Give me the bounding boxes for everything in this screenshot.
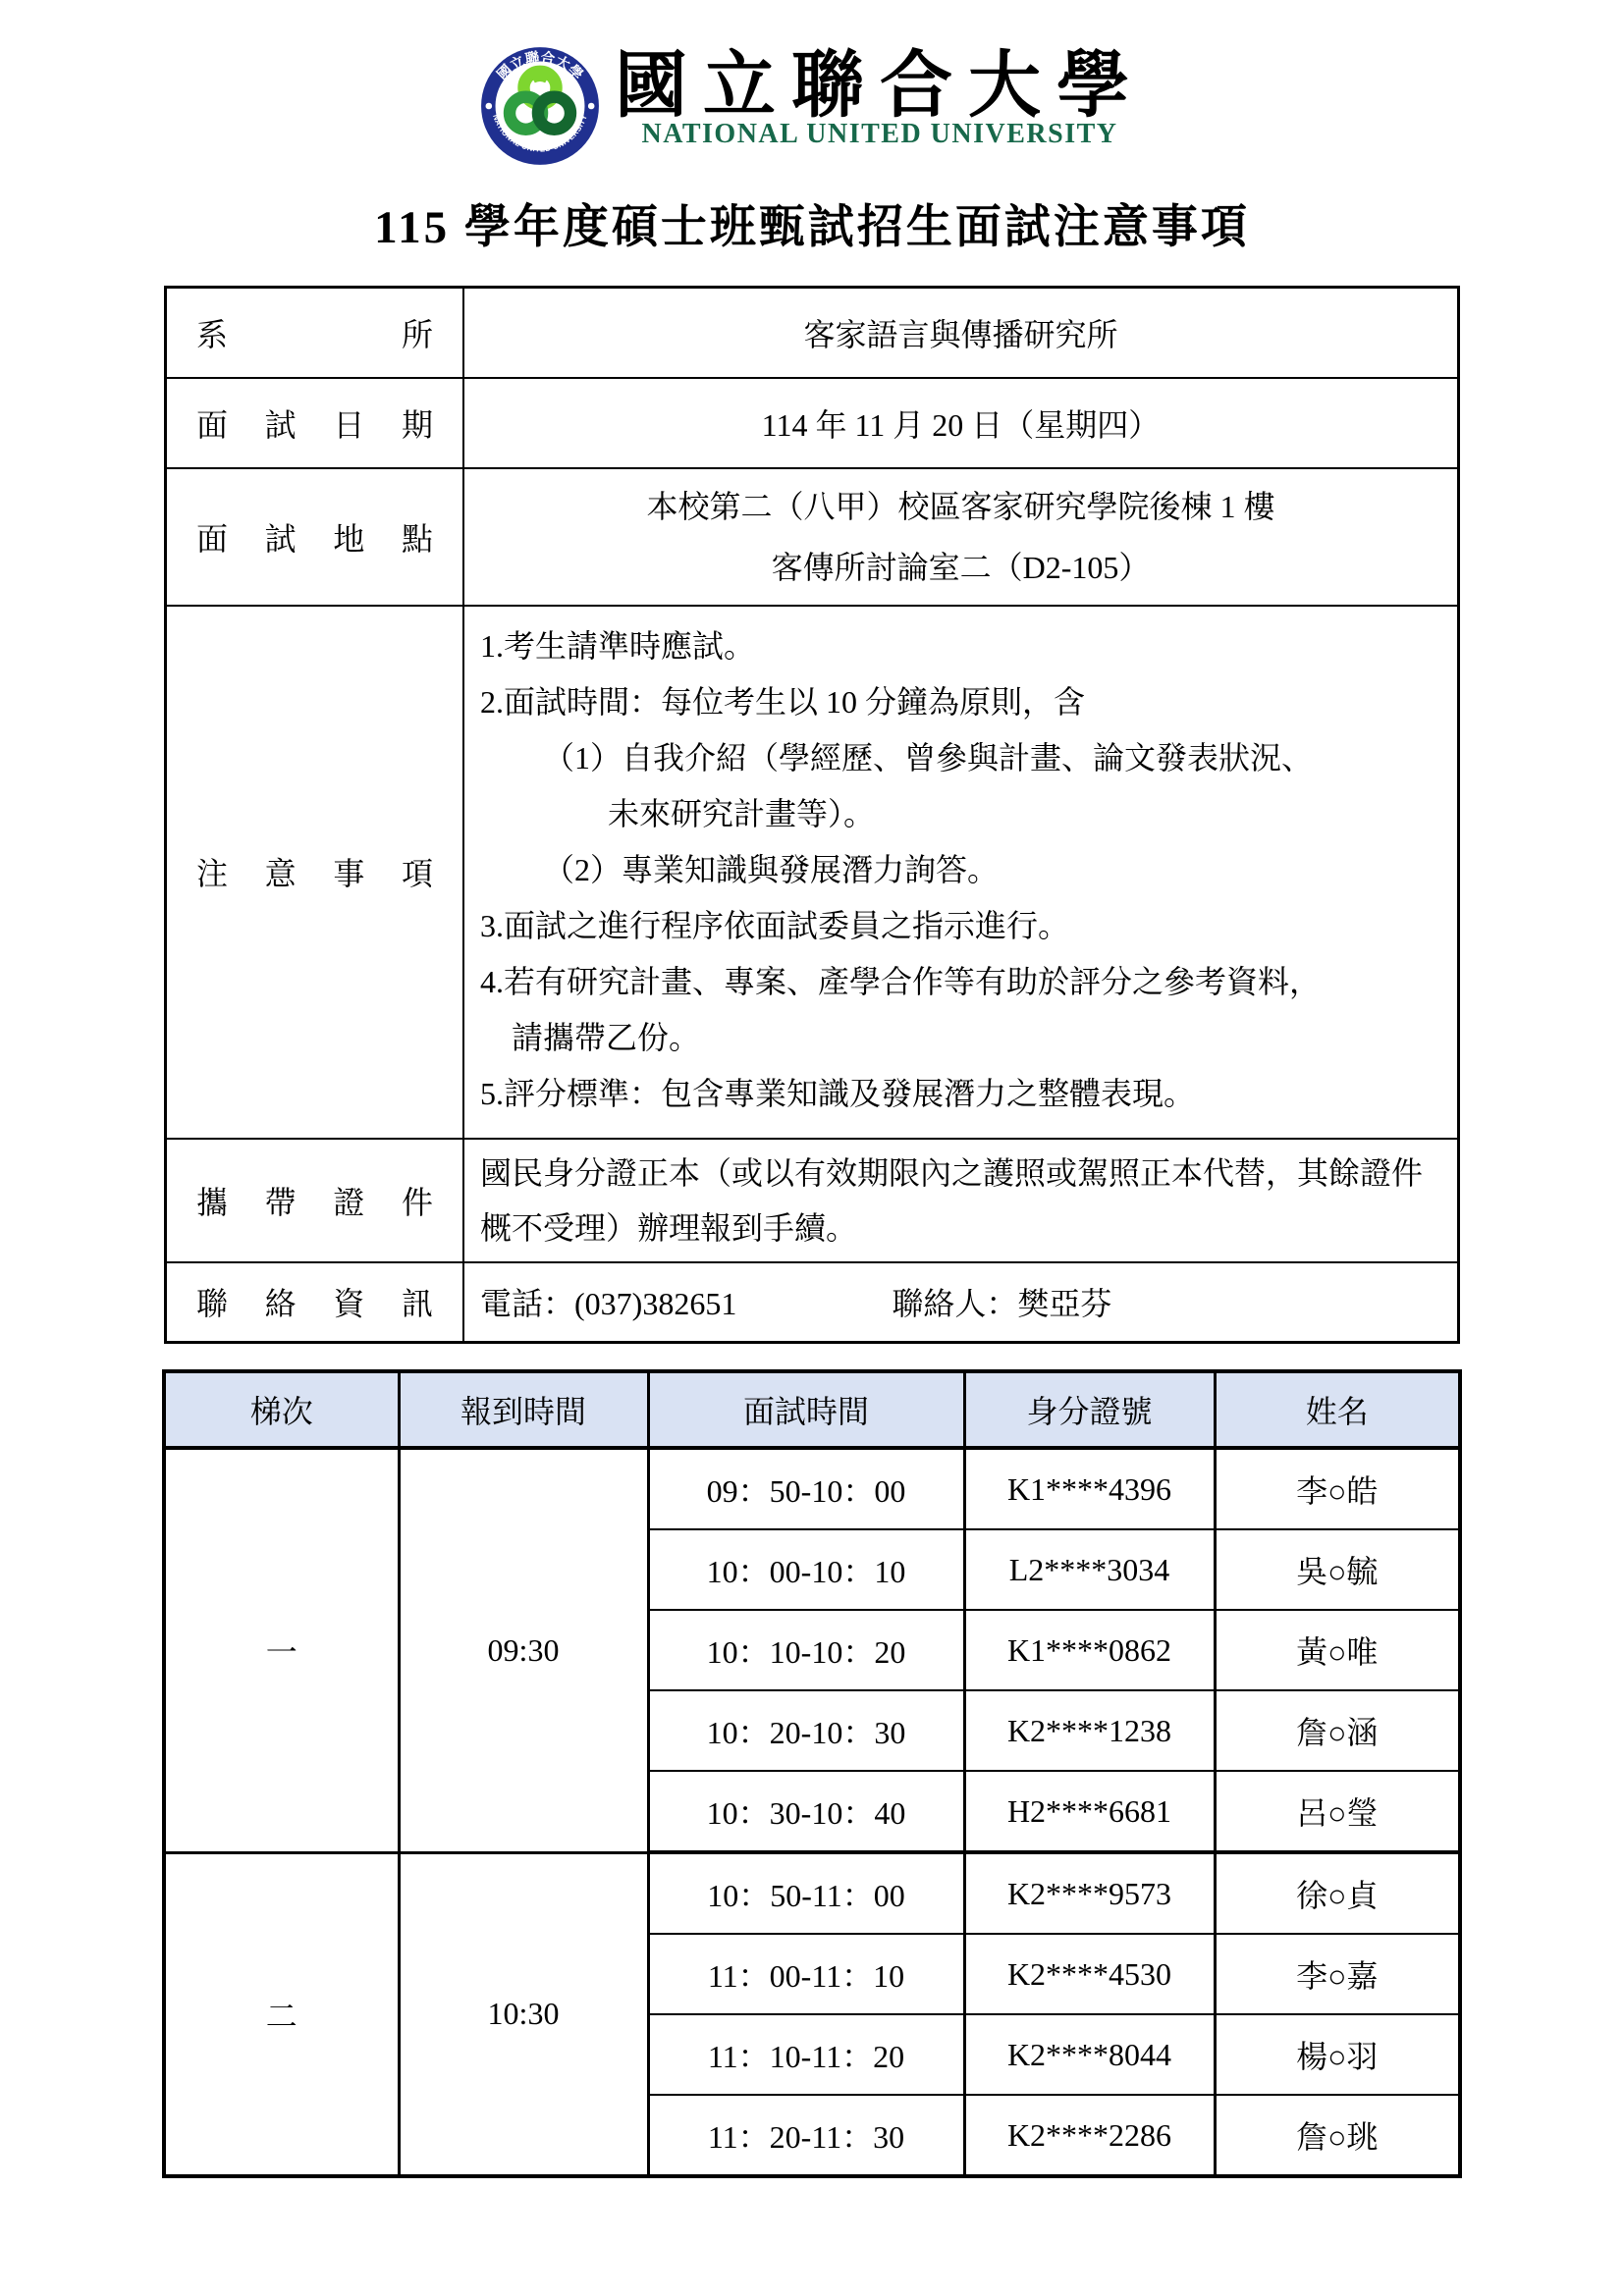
interview-location-value: 本校第二（八甲）校區客家研究學院後棟 1 樓 客傳所討論室二（D2-105） [463, 468, 1459, 606]
id-number-cell: K1****4396 [964, 1448, 1215, 1529]
row-interview-location: 面試地點 本校第二（八甲）校區客家研究學院後棟 1 樓 客傳所討論室二（D2-1… [166, 468, 1459, 606]
department-value: 客家語言與傳播研究所 [463, 288, 1459, 378]
id-number-cell: K2****4530 [964, 1934, 1215, 2014]
note-item: 1.考生請準時應試。 [480, 618, 1447, 674]
interview-time-cell: 09：50-10：00 [648, 1448, 964, 1529]
contact-info-label: 聯絡資訊 [166, 1262, 464, 1343]
header-batch: 梯次 [164, 1371, 399, 1448]
notes-label: 注意事項 [166, 606, 464, 1139]
note-item: 2.面試時間：每位考生以 10 分鐘為原則，含 [480, 674, 1447, 730]
row-notes: 注意事項 1.考生請準時應試。 2.面試時間：每位考生以 10 分鐘為原則，含 … [166, 606, 1459, 1139]
note-item: 4.若有研究計畫、專案、產學合作等有助於評分之參考資料， [480, 954, 1447, 1010]
interview-time-cell: 11：20-11：30 [648, 2095, 964, 2176]
header-id-number: 身分證號 [964, 1371, 1215, 1448]
row-required-documents: 攜帶證件 國民身分證正本（或以有效期限內之護照或駕照正本代替，其餘證件概不受理）… [166, 1139, 1459, 1262]
candidate-name-cell: 吳○毓 [1215, 1529, 1460, 1610]
schedule-table: 梯次 報到時間 面試時間 身分證號 姓名 一 09:30 09：50-10：00… [162, 1369, 1462, 2178]
id-number-cell: K1****0862 [964, 1610, 1215, 1690]
page-title: 115 學年度碩士班甄試招生面試注意事項 [0, 190, 1624, 256]
id-number-cell: K2****8044 [964, 2014, 1215, 2095]
candidate-name-cell: 黃○唯 [1215, 1610, 1460, 1690]
id-number-cell: H2****6681 [964, 1771, 1215, 1852]
candidate-name-cell: 楊○羽 [1215, 2014, 1460, 2095]
required-documents-value: 國民身分證正本（或以有效期限內之護照或駕照正本代替，其餘證件概不受理）辦理報到手… [463, 1139, 1459, 1262]
interview-time-cell: 10：10-10：20 [648, 1610, 964, 1690]
note-item: 5.評分標準：包含專業知識及發展潛力之整體表現。 [480, 1066, 1447, 1122]
candidate-name-cell: 詹○涵 [1215, 1690, 1460, 1771]
candidate-name-cell: 呂○瑩 [1215, 1771, 1460, 1852]
header-name: 姓名 [1215, 1371, 1460, 1448]
university-emblem-icon: 國立聯合大學 NATIONAL UNITED UNIVERSITY [479, 45, 601, 167]
note-item: （1）自我介紹（學經歷、曾參與計畫、論文發表狀況、 [480, 730, 1447, 786]
header-interview-time: 面試時間 [648, 1371, 964, 1448]
id-number-cell: K2****2286 [964, 2095, 1215, 2176]
row-interview-date: 面試日期 114 年 11 月 20 日（星期四） [166, 378, 1459, 468]
interview-time-cell: 10：00-10：10 [648, 1529, 964, 1610]
note-item: 3.面試之進行程序依面試委員之指示進行。 [480, 898, 1447, 954]
schedule-header-row: 梯次 報到時間 面試時間 身分證號 姓名 [164, 1371, 1460, 1448]
checkin-cell: 10:30 [399, 1852, 648, 2176]
notes-content: 1.考生請準時應試。 2.面試時間：每位考生以 10 分鐘為原則，含 （1）自我… [463, 606, 1459, 1139]
row-contact-info: 聯絡資訊 電話：(037)382651 聯絡人：樊亞芬 [166, 1262, 1459, 1343]
required-documents-label: 攜帶證件 [166, 1139, 464, 1262]
interview-time-cell: 10：20-10：30 [648, 1690, 964, 1771]
header-checkin-time: 報到時間 [399, 1371, 648, 1448]
info-table: 系所 客家語言與傳播研究所 面試日期 114 年 11 月 20 日（星期四） … [164, 286, 1460, 1344]
university-logo: 國立聯合大學 NATIONAL UNITED UNIVERSITY 國立聯合大學… [0, 0, 1624, 167]
interview-date-label: 面試日期 [166, 378, 464, 468]
schedule-row: 一 09:30 09：50-10：00 K1****4396 李○皓 [164, 1448, 1460, 1529]
contact-info-value: 電話：(037)382651 聯絡人：樊亞芬 [463, 1262, 1459, 1343]
id-number-cell: K2****1238 [964, 1690, 1215, 1771]
contact-person: 聯絡人：樊亞芬 [892, 1286, 1111, 1321]
interview-date-value: 114 年 11 月 20 日（星期四） [463, 378, 1459, 468]
department-label: 系所 [166, 288, 464, 378]
candidate-name-cell: 詹○珧 [1215, 2095, 1460, 2176]
note-item: 未來研究計畫等）。 [480, 786, 1447, 842]
id-number-cell: K2****9573 [964, 1852, 1215, 1934]
location-line-1: 本校第二（八甲）校區客家研究學院後棟 1 樓 [478, 476, 1443, 537]
candidate-name-cell: 李○皓 [1215, 1448, 1460, 1529]
contact-phone: 電話：(037)382651 [480, 1286, 736, 1321]
candidate-name-cell: 徐○貞 [1215, 1852, 1460, 1934]
id-number-cell: L2****3034 [964, 1529, 1215, 1610]
university-name-zh: 國立聯合大學 [615, 47, 1145, 127]
document-page: 國立聯合大學 NATIONAL UNITED UNIVERSITY 國立聯合大學… [0, 0, 1624, 2296]
university-name-en: NATIONAL UNITED UNIVERSITY [641, 119, 1117, 150]
interview-location-label: 面試地點 [166, 468, 464, 606]
row-department: 系所 客家語言與傳播研究所 [166, 288, 1459, 378]
location-line-2: 客傳所討論室二（D2-105） [478, 537, 1443, 598]
interview-time-cell: 10：50-11：00 [648, 1852, 964, 1934]
note-item: 請攜帶乙份。 [480, 1010, 1447, 1066]
schedule-row: 二 10:30 10：50-11：00 K2****9573 徐○貞 [164, 1852, 1460, 1934]
interview-time-cell: 10：30-10：40 [648, 1771, 964, 1852]
note-item: （2）專業知識與發展潛力詢答。 [480, 842, 1447, 898]
batch-cell: 二 [164, 1852, 399, 2176]
batch-cell: 一 [164, 1448, 399, 1852]
university-name-block: 國立聯合大學 NATIONAL UNITED UNIVERSITY [615, 47, 1145, 150]
candidate-name-cell: 李○嘉 [1215, 1934, 1460, 2014]
checkin-cell: 09:30 [399, 1448, 648, 1852]
interview-time-cell: 11：00-11：10 [648, 1934, 964, 2014]
interview-time-cell: 11：10-11：20 [648, 2014, 964, 2095]
